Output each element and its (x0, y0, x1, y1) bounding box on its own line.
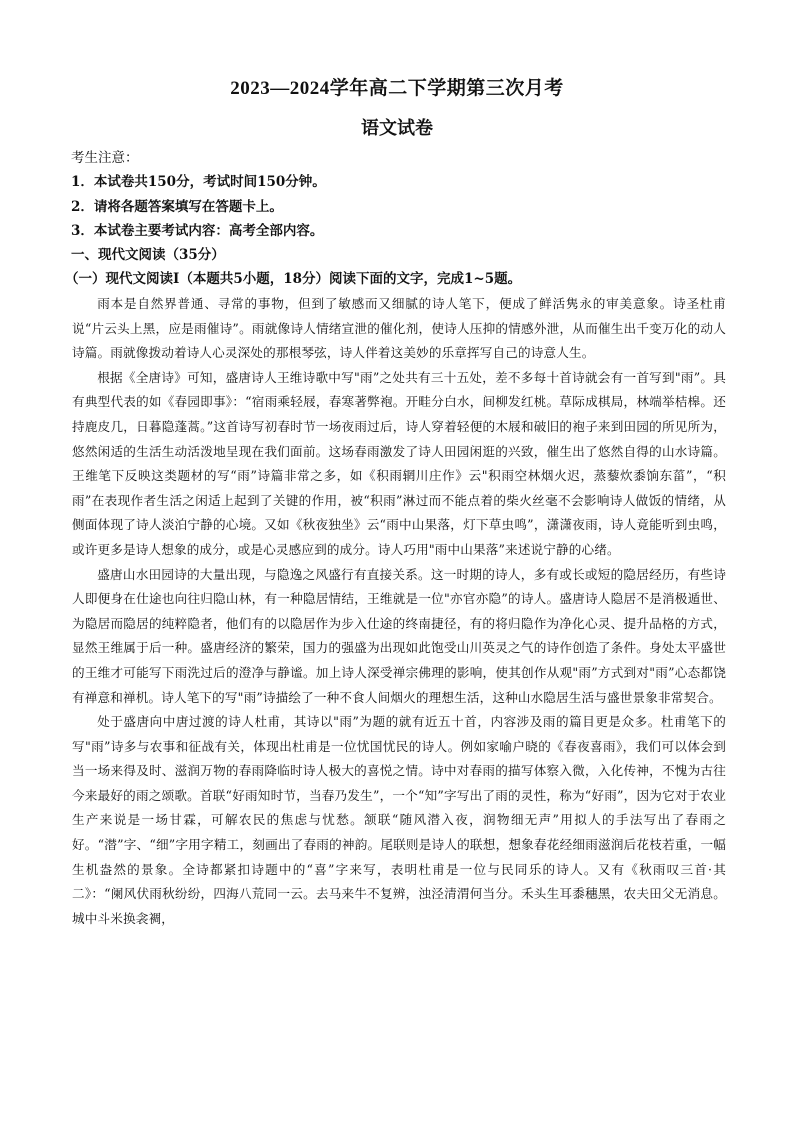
notice-item: 1．本试卷共150分，考试时间150分钟。 (71, 170, 731, 194)
passage-paragraph: 根据《全唐诗》可知，盛唐诗人王维诗歌中写"雨”之处共有三十五处，差不多每十首诗就… (72, 366, 726, 563)
subsection-heading: （一）现代文阅读Ⅰ（本题共5小题，18分）阅读下面的文字，完成1~5题。 (65, 267, 731, 291)
notice-item: 3．本试卷主要考试内容：高考全部内容。 (71, 219, 731, 243)
passage-paragraph: 盛唐山水田园诗的大量出现，与隐逸之风盛行有直接关系。这一时期的诗人，多有或长或短… (72, 563, 726, 711)
exam-page: 2023—2024学年高二下学期第三次月考 语文试卷 考生注意： 1．本试卷共1… (0, 0, 794, 1123)
notice-heading: 考生注意： (71, 146, 731, 170)
exam-subtitle: 语文试卷 (0, 114, 794, 140)
passage-paragraph: 雨本是自然界普通、寻常的事物，但到了敏感而又细腻的诗人笔下，便成了鲜活隽永的审美… (72, 292, 726, 366)
reading-passage: 雨本是自然界普通、寻常的事物，但到了敏感而又细腻的诗人笔下，便成了鲜活隽永的审美… (72, 292, 726, 931)
passage-paragraph: 处于盛唐向中唐过渡的诗人杜甫，其诗以"雨”为题的就有近五十首，内容涉及雨的篇目更… (72, 710, 726, 931)
exam-notice: 考生注意： 1．本试卷共150分，考试时间150分钟。 2．请将各题答案填写在答… (71, 146, 731, 292)
section-heading: 一、现代文阅读（35分） (71, 243, 731, 267)
notice-item: 2．请将各题答案填写在答题卡上。 (71, 195, 731, 219)
exam-title: 2023—2024学年高二下学期第三次月考 (0, 73, 794, 100)
